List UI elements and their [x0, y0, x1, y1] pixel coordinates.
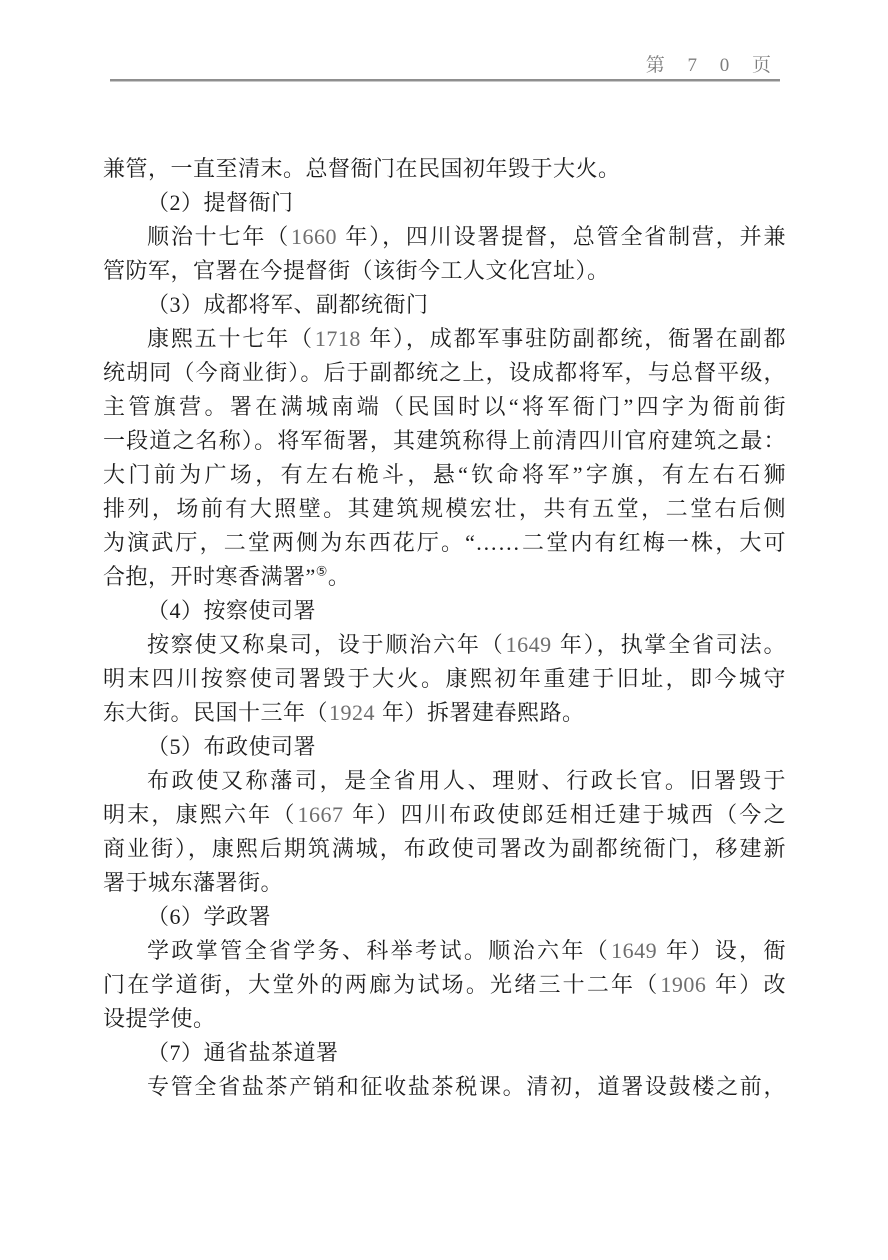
text-line: 按察使又称臬司，设于顺治六年（1649 年），执掌全省司法。: [103, 628, 786, 662]
text-line: 主管旗营。署在满城南端（民国时以“将军衙门”四字为衙前街: [103, 390, 786, 424]
footnote-mark-5: ⑤: [316, 564, 328, 579]
document-page: 第 7 0 页 兼管，一直至清末。总督衙门在民国初年毁于大火。（2）提督衙门顺治…: [0, 0, 888, 1260]
text-line: （6）学政署: [103, 900, 786, 934]
text-line: 兼管，一直至清末。总督衙门在民国初年毁于大火。: [103, 152, 786, 186]
text-line: 为演武厅，二堂两侧为东西花厅。“……二堂内有红梅一株，大可: [103, 526, 786, 560]
text-line: （3）成都将军、副都统衙门: [103, 288, 786, 322]
text-line: （5）布政使司署: [103, 730, 786, 764]
text-line: 明末四川按察使司署毁于大火。康熙初年重建于旧址，即今城守: [103, 662, 786, 696]
text-line: 东大街。民国十三年（1924 年）拆署建春熙路。: [103, 696, 786, 730]
text-line: 学政掌管全省学务、科举考试。顺治六年（1649 年）设，衙: [103, 934, 786, 968]
year-number: 1924: [328, 700, 376, 725]
text-line: 统胡同（今商业街）。后于副都统之上，设成都将军，与总督平级，: [103, 356, 786, 390]
year-number: 1906: [659, 972, 707, 997]
text-line: 明末，康熙六年（1667 年）四川布政使郎廷相迁建于城西（今之: [103, 798, 786, 832]
text-line: 排列，场前有大照壁。其建筑规模宏壮，共有五堂，二堂右后侧: [103, 492, 786, 526]
header-rule: [110, 79, 780, 82]
year-number: 1718: [314, 326, 362, 351]
text-line: 顺治十七年（1660 年），四川设署提督，总管全省制营，并兼: [103, 220, 786, 254]
year-number: 1660: [290, 224, 338, 249]
year-number: 1649: [505, 632, 553, 657]
text-line: 设提学使。: [103, 1002, 786, 1036]
text-line: （4）按察使司署: [103, 594, 786, 628]
text-line: 署于城东藩署街。: [103, 866, 786, 900]
text-line: 康熙五十七年（1718 年），成都军事驻防副都统，衙署在副都: [103, 322, 786, 356]
text-line: （7）通省盐茶道署: [103, 1036, 786, 1070]
text-line: 一段道之名称）。将军衙署，其建筑称得上前清四川官府建筑之最：: [103, 424, 786, 458]
text-line: （2）提督衙门: [103, 186, 786, 220]
body-text: 兼管，一直至清末。总督衙门在民国初年毁于大火。（2）提督衙门顺治十七年（1660…: [103, 152, 786, 1104]
text-line: 专管全省盐茶产销和征收盐茶税课。清初，道署设鼓楼之前，: [103, 1070, 786, 1104]
year-number: 1649: [610, 938, 658, 963]
text-line: 门在学道街，大堂外的两廊为试场。光绪三十二年（1906 年）改: [103, 968, 786, 1002]
text-line: 布政使又称藩司，是全省用人、理财、行政长官。旧署毁于: [103, 764, 786, 798]
text-line: 管防军，官署在今提督街（该街今工人文化宫址）。: [103, 254, 786, 288]
text-line: 大门前为广场，有左右桅斗，悬“钦命将军”字旗，有左右石狮: [103, 458, 786, 492]
year-number: 1667: [297, 802, 345, 827]
page-number-header: 第 7 0 页: [646, 50, 780, 77]
text-line: 合抱，开时寒香满署”⑤。: [103, 560, 786, 594]
text-line: 商业街），康熙后期筑满城，布政使司署改为副都统衙门，移建新: [103, 832, 786, 866]
